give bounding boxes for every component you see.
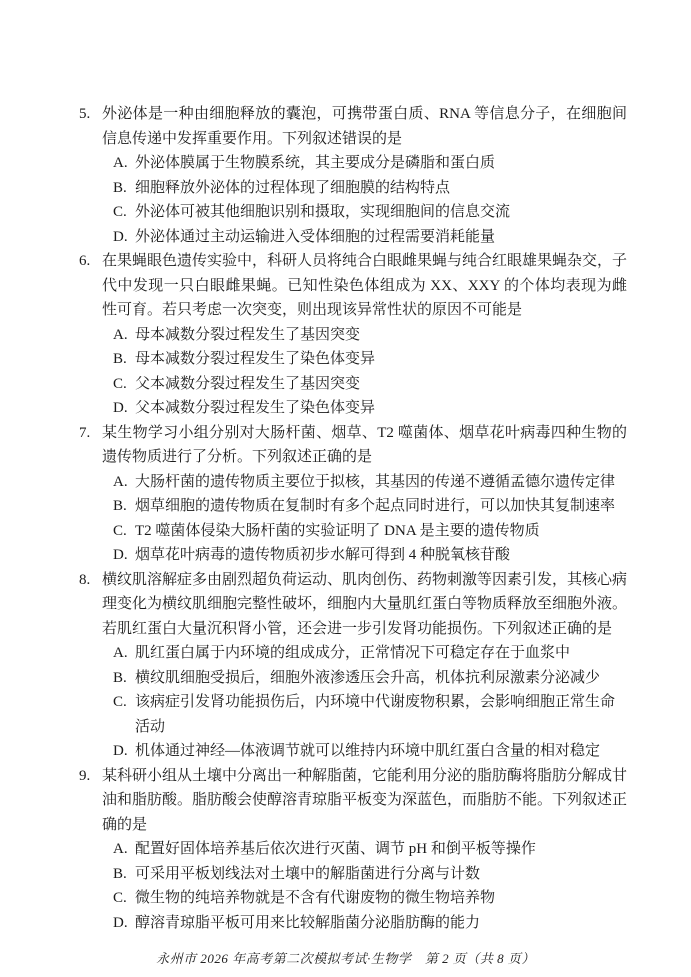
option-label: D.: [113, 739, 135, 764]
option-label: A.: [113, 837, 135, 862]
question-stem-row: 6. 在果蝇眼色遗传实验中，科研人员将纯合白眼雌果蝇与纯合红眼雄果蝇杂交，子代中…: [79, 249, 627, 323]
question-8: 8. 横纹肌溶解症多由剧烈超负荷运动、肌肉创伤、药物刺激等因素引发，其核心病理变…: [79, 568, 627, 764]
page-footer: 永州市 2026 年高考第二次模拟考试·生物学 第 2 页（共 8 页）: [0, 947, 691, 972]
option-d: D. 机体通过神经—体液调节就可以维持内环境中肌红蛋白含量的相对稳定: [79, 739, 627, 764]
option-label: A.: [113, 641, 135, 666]
option-text: 母本减数分裂过程发生了基因突变: [135, 323, 627, 348]
question-9: 9. 某科研小组从土壤中分离出一种解脂菌，它能利用分泌的脂肪酶将脂肪分解成甘油和…: [79, 764, 627, 936]
option-label: B.: [113, 666, 135, 691]
question-list: 5. 外泌体是一种由细胞释放的囊泡，可携带蛋白质、RNA 等信息分子，在细胞间信…: [0, 0, 627, 935]
option-label: C.: [113, 372, 135, 397]
question-number: 7.: [79, 421, 102, 470]
option-text: T2 噬菌体侵染大肠杆菌的实验证明了 DNA 是主要的遗传物质: [135, 519, 627, 544]
option-b: B. 横纹肌细胞受损后，细胞外液渗透压会升高，机体抗利尿激素分泌减少: [79, 666, 627, 691]
footer-text: 永州市 2026 年高考第二次模拟考试·生物学 第 2 页（共 8 页）: [156, 951, 535, 966]
question-stem-row: 8. 横纹肌溶解症多由剧烈超负荷运动、肌肉创伤、药物刺激等因素引发，其核心病理变…: [79, 568, 627, 642]
option-label: A.: [113, 470, 135, 495]
option-b: B. 母本减数分裂过程发生了染色体变异: [79, 347, 627, 372]
option-d: D. 醇溶青琼脂平板可用来比较解脂菌分泌脂肪酶的能力: [79, 911, 627, 936]
option-label: D.: [113, 543, 135, 568]
option-label: D.: [113, 396, 135, 421]
option-text: 烟草花叶病毒的遗传物质初步水解可得到 4 种脱氧核苷酸: [135, 543, 627, 568]
question-stem-row: 7. 某生物学习小组分别对大肠杆菌、烟草、T2 噬菌体、烟草花叶病毒四种生物的遗…: [79, 421, 627, 470]
option-d: D. 父本减数分裂过程发生了染色体变异: [79, 396, 627, 421]
question-stem: 外泌体是一种由细胞释放的囊泡，可携带蛋白质、RNA 等信息分子，在细胞间信息传递…: [102, 102, 627, 151]
option-label: D.: [113, 911, 135, 936]
option-text: 大肠杆菌的遗传物质主要位于拟核，其基因的传递不遵循孟德尔遗传定律: [135, 470, 627, 495]
exam-page: 5. 外泌体是一种由细胞释放的囊泡，可携带蛋白质、RNA 等信息分子，在细胞间信…: [0, 0, 691, 972]
question-stem-row: 9. 某科研小组从土壤中分离出一种解脂菌，它能利用分泌的脂肪酶将脂肪分解成甘油和…: [79, 764, 627, 838]
option-text: 机体通过神经—体液调节就可以维持内环境中肌红蛋白含量的相对稳定: [135, 739, 627, 764]
question-stem-row: 5. 外泌体是一种由细胞释放的囊泡，可携带蛋白质、RNA 等信息分子，在细胞间信…: [79, 102, 627, 151]
option-a: A. 母本减数分裂过程发生了基因突变: [79, 323, 627, 348]
question-stem: 某科研小组从土壤中分离出一种解脂菌，它能利用分泌的脂肪酶将脂肪分解成甘油和脂肪酸…: [102, 764, 627, 838]
option-text: 醇溶青琼脂平板可用来比较解脂菌分泌脂肪酶的能力: [135, 911, 627, 936]
option-a: A. 大肠杆菌的遗传物质主要位于拟核，其基因的传递不遵循孟德尔遗传定律: [79, 470, 627, 495]
question-number: 5.: [79, 102, 102, 151]
question-7: 7. 某生物学习小组分别对大肠杆菌、烟草、T2 噬菌体、烟草花叶病毒四种生物的遗…: [79, 421, 627, 568]
option-text: 烟草细胞的遗传物质在复制时有多个起点同时进行，可以加快其复制速率: [135, 494, 627, 519]
option-c: C. 外泌体可被其他细胞识别和摄取，实现细胞间的信息交流: [79, 200, 627, 225]
option-c: C. T2 噬菌体侵染大肠杆菌的实验证明了 DNA 是主要的遗传物质: [79, 519, 627, 544]
option-label: B.: [113, 862, 135, 887]
question-stem: 某生物学习小组分别对大肠杆菌、烟草、T2 噬菌体、烟草花叶病毒四种生物的遗传物质…: [102, 421, 627, 470]
option-label: C.: [113, 690, 135, 739]
option-b: B. 可采用平板划线法对土壤中的解脂菌进行分离与计数: [79, 862, 627, 887]
option-a: A. 配置好固体培养基后依次进行灭菌、调节 pH 和倒平板等操作: [79, 837, 627, 862]
option-text: 外泌体膜属于生物膜系统，其主要成分是磷脂和蛋白质: [135, 151, 627, 176]
question-stem: 横纹肌溶解症多由剧烈超负荷运动、肌肉创伤、药物刺激等因素引发，其核心病理变化为横…: [102, 568, 627, 642]
option-text: 父本减数分裂过程发生了染色体变异: [135, 396, 627, 421]
option-label: B.: [113, 176, 135, 201]
option-label: B.: [113, 494, 135, 519]
question-number: 9.: [79, 764, 102, 838]
option-text: 微生物的纯培养物就是不含有代谢废物的微生物培养物: [135, 886, 627, 911]
option-a: A. 外泌体膜属于生物膜系统，其主要成分是磷脂和蛋白质: [79, 151, 627, 176]
option-label: D.: [113, 225, 135, 250]
question-number: 8.: [79, 568, 102, 642]
option-label: A.: [113, 151, 135, 176]
option-text: 配置好固体培养基后依次进行灭菌、调节 pH 和倒平板等操作: [135, 837, 627, 862]
option-text: 该病症引发肾功能损伤后，内环境中代谢废物积累，会影响细胞正常生命活动: [135, 690, 627, 739]
option-d: D. 外泌体通过主动运输进入受体细胞的过程需要消耗能量: [79, 225, 627, 250]
option-label: C.: [113, 886, 135, 911]
option-text: 外泌体通过主动运输进入受体细胞的过程需要消耗能量: [135, 225, 627, 250]
question-6: 6. 在果蝇眼色遗传实验中，科研人员将纯合白眼雌果蝇与纯合红眼雄果蝇杂交，子代中…: [79, 249, 627, 421]
option-c: C. 该病症引发肾功能损伤后，内环境中代谢废物积累，会影响细胞正常生命活动: [79, 690, 627, 739]
option-label: A.: [113, 323, 135, 348]
option-text: 可采用平板划线法对土壤中的解脂菌进行分离与计数: [135, 862, 627, 887]
option-text: 父本减数分裂过程发生了基因突变: [135, 372, 627, 397]
option-b: B. 细胞释放外泌体的过程体现了细胞膜的结构特点: [79, 176, 627, 201]
option-a: A. 肌红蛋白属于内环境的组成成分，正常情况下可稳定存在于血浆中: [79, 641, 627, 666]
option-text: 横纹肌细胞受损后，细胞外液渗透压会升高，机体抗利尿激素分泌减少: [135, 666, 627, 691]
option-text: 细胞释放外泌体的过程体现了细胞膜的结构特点: [135, 176, 627, 201]
option-label: B.: [113, 347, 135, 372]
option-d: D. 烟草花叶病毒的遗传物质初步水解可得到 4 种脱氧核苷酸: [79, 543, 627, 568]
option-label: C.: [113, 519, 135, 544]
option-text: 母本减数分裂过程发生了染色体变异: [135, 347, 627, 372]
option-label: C.: [113, 200, 135, 225]
option-c: C. 父本减数分裂过程发生了基因突变: [79, 372, 627, 397]
option-b: B. 烟草细胞的遗传物质在复制时有多个起点同时进行，可以加快其复制速率: [79, 494, 627, 519]
question-stem: 在果蝇眼色遗传实验中，科研人员将纯合白眼雌果蝇与纯合红眼雄果蝇杂交，子代中发现一…: [102, 249, 627, 323]
option-c: C. 微生物的纯培养物就是不含有代谢废物的微生物培养物: [79, 886, 627, 911]
question-number: 6.: [79, 249, 102, 323]
question-5: 5. 外泌体是一种由细胞释放的囊泡，可携带蛋白质、RNA 等信息分子，在细胞间信…: [79, 102, 627, 249]
option-text: 肌红蛋白属于内环境的组成成分，正常情况下可稳定存在于血浆中: [135, 641, 627, 666]
option-text: 外泌体可被其他细胞识别和摄取，实现细胞间的信息交流: [135, 200, 627, 225]
